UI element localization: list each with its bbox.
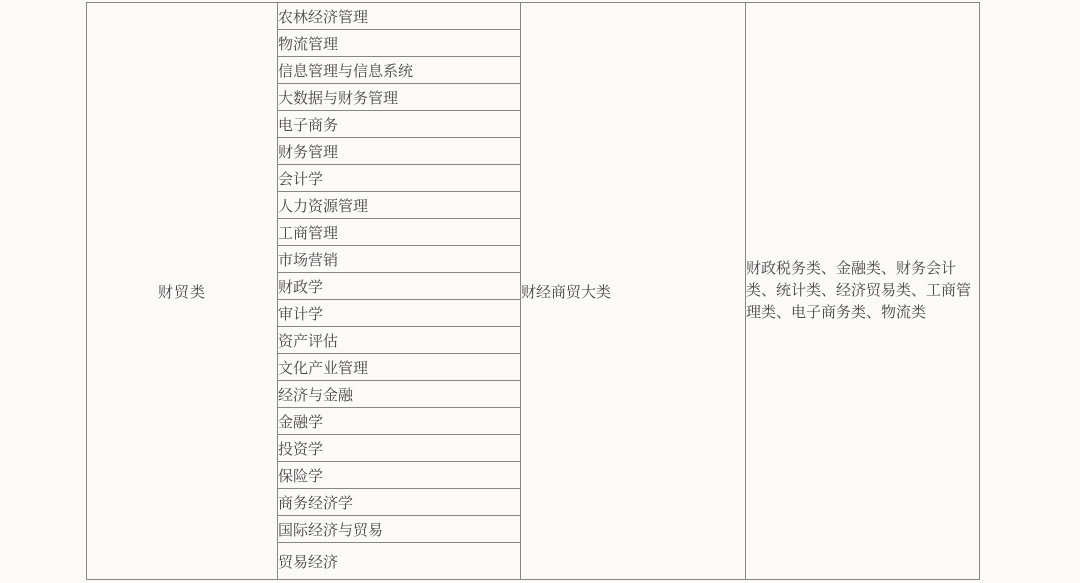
vocational-group-cell: 财经商贸大类 [521, 3, 746, 580]
major-cell: 市场营销 [278, 246, 521, 273]
major-cell: 经济与金融 [278, 381, 521, 408]
major-cell: 投资学 [278, 435, 521, 462]
major-cell: 人力资源管理 [278, 192, 521, 219]
major-cell: 农林经济管理 [278, 3, 521, 30]
major-cell: 信息管理与信息系统 [278, 57, 521, 84]
major-cell: 工商管理 [278, 219, 521, 246]
major-cell: 金融学 [278, 408, 521, 435]
major-cell: 大数据与财务管理 [278, 84, 521, 111]
major-cell: 会计学 [278, 165, 521, 192]
majors-table: 财贸类 农林经济管理 财经商贸大类 财政税务类、金融类、财务会计类、统计类、经济… [86, 2, 980, 580]
major-cell: 审计学 [278, 300, 521, 327]
table-row: 财贸类 农林经济管理 财经商贸大类 财政税务类、金融类、财务会计类、统计类、经济… [87, 3, 980, 30]
major-cell: 物流管理 [278, 30, 521, 57]
related-categories-cell: 财政税务类、金融类、财务会计类、统计类、经济贸易类、工商管理类、电子商务类、物流… [746, 3, 980, 580]
major-cell: 商务经济学 [278, 489, 521, 516]
major-cell: 财政学 [278, 273, 521, 300]
major-cell: 保险学 [278, 462, 521, 489]
major-cell: 贸易经济 [278, 543, 521, 580]
major-cell: 电子商务 [278, 111, 521, 138]
major-cell: 文化产业管理 [278, 354, 521, 381]
category-cell: 财贸类 [87, 3, 278, 580]
major-cell: 财务管理 [278, 138, 521, 165]
document-table-container: 财贸类 农林经济管理 财经商贸大类 财政税务类、金融类、财务会计类、统计类、经济… [86, 2, 980, 580]
major-cell: 国际经济与贸易 [278, 516, 521, 543]
major-cell: 资产评估 [278, 327, 521, 354]
